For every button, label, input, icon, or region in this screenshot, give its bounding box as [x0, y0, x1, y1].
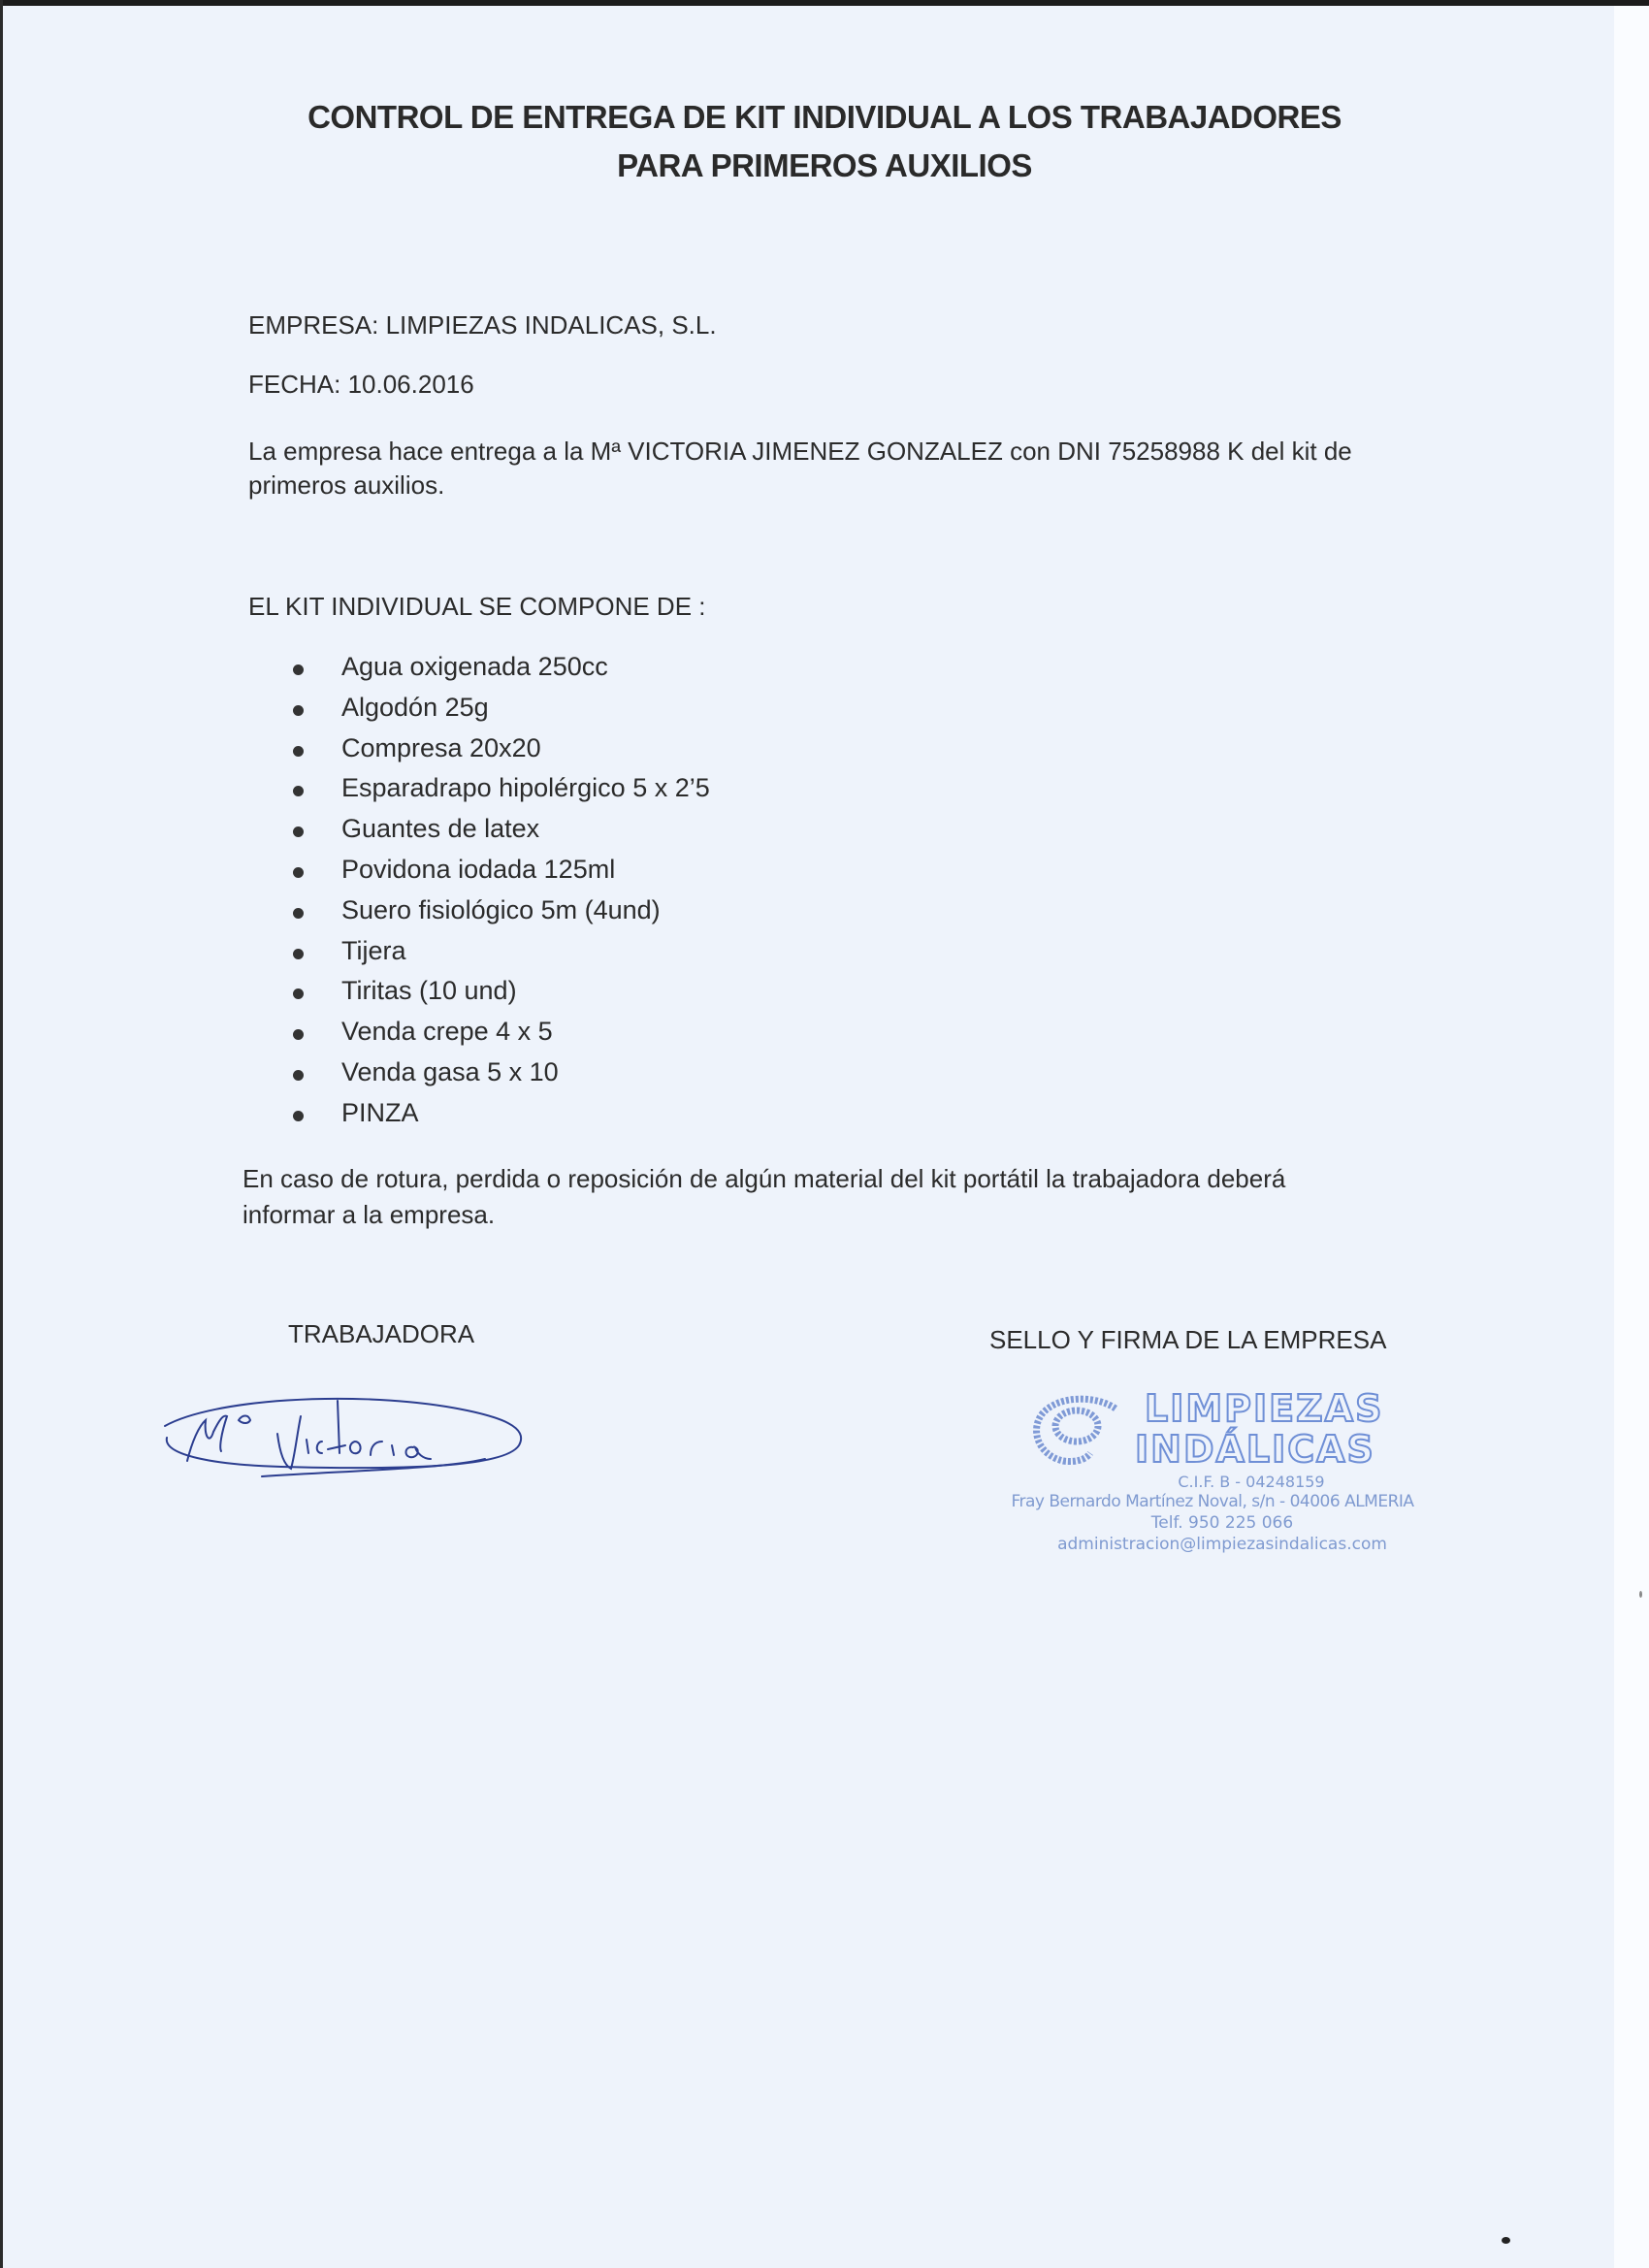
scan-speck — [1639, 1591, 1642, 1598]
stamp-brand-line-2: INDÁLICAS — [1135, 1428, 1375, 1471]
bullet-icon — [293, 867, 304, 878]
stamp-logo-icon — [1028, 1391, 1125, 1469]
intro-paragraph-line-1: La empresa hace entrega a la Mª VICTORIA… — [248, 437, 1352, 467]
date-field: FECHA: 10.06.2016 — [248, 370, 474, 400]
kit-items-list: Agua oxigenada 250ccAlgodón 25gCompresa … — [291, 652, 710, 1139]
stamp-brand-line-1: LIMPIEZAS — [1145, 1387, 1383, 1430]
stamp-cif: C.I.F. B - 04248159 — [1028, 1473, 1474, 1491]
kit-item: Compresa 20x20 — [291, 733, 710, 774]
company-stamp: LIMPIEZAS INDÁLICAS C.I.F. B - 04248159 … — [989, 1387, 1436, 1571]
company-signature-label: SELLO Y FIRMA DE LA EMPRESA — [989, 1325, 1386, 1355]
bullet-icon — [293, 1029, 304, 1040]
bullet-icon — [293, 949, 304, 959]
intro-paragraph-line-2: primeros auxilios. — [248, 470, 444, 501]
company-field: EMPRESA: LIMPIEZAS INDALICAS, S.L. — [248, 310, 717, 340]
kit-item-label: Tiritas (10 und) — [341, 976, 517, 1005]
kit-item-label: Venda gasa 5 x 10 — [341, 1057, 559, 1086]
kit-item: PINZA — [291, 1098, 710, 1139]
bullet-icon — [293, 786, 304, 796]
bullet-icon — [293, 705, 304, 716]
bullet-icon — [293, 746, 304, 757]
bullet-icon — [293, 826, 304, 837]
bullet-icon — [293, 988, 304, 999]
document-title-line-1: CONTROL DE ENTREGA DE KIT INDIVIDUAL A L… — [0, 99, 1649, 136]
kit-item-label: Venda crepe 4 x 5 — [341, 1017, 553, 1046]
kit-item-label: Algodón 25g — [341, 693, 489, 722]
scan-speck — [1502, 2237, 1510, 2244]
kit-item-label: Povidona iodada 125ml — [341, 855, 615, 884]
kit-item: Venda gasa 5 x 10 — [291, 1057, 710, 1098]
stamp-email: administracion@limpiezasindalicas.com — [999, 1535, 1445, 1554]
kit-item: Guantes de latex — [291, 814, 710, 855]
kit-item: Tiritas (10 und) — [291, 976, 710, 1017]
kit-item: Esparadrapo hipolérgico 5 x 2’5 — [291, 773, 710, 814]
kit-item-label: Tijera — [341, 936, 406, 965]
kit-item: Povidona iodada 125ml — [291, 855, 710, 895]
kit-item-label: Agua oxigenada 250cc — [341, 652, 608, 681]
stamp-address: Fray Bernardo Martínez Noval, s/n - 0400… — [989, 1492, 1436, 1511]
kit-item-label: Guantes de latex — [341, 814, 539, 843]
note-paragraph-line-1: En caso de rotura, perdida o reposición … — [242, 1164, 1285, 1194]
stamp-phone: Telf. 950 225 066 — [999, 1513, 1445, 1533]
scan-left-edge — [0, 0, 3, 2268]
bullet-icon — [293, 1111, 304, 1121]
bullet-icon — [293, 1070, 304, 1081]
kit-item-label: Esparadrapo hipolérgico 5 x 2’5 — [341, 773, 710, 802]
note-paragraph-line-2: informar a la empresa. — [242, 1200, 495, 1230]
kit-heading: EL KIT INDIVIDUAL SE COMPONE DE : — [248, 592, 705, 622]
worker-signature-label: TRABAJADORA — [288, 1319, 474, 1349]
kit-item-label: PINZA — [341, 1098, 419, 1127]
kit-item: Algodón 25g — [291, 693, 710, 733]
kit-item: Venda crepe 4 x 5 — [291, 1017, 710, 1057]
kit-item-label: Suero fisiológico 5m (4und) — [341, 895, 661, 924]
worker-signature — [155, 1377, 533, 1484]
bullet-icon — [293, 908, 304, 919]
scan-top-edge — [0, 0, 1649, 6]
bullet-icon — [293, 664, 304, 675]
kit-item: Tijera — [291, 936, 710, 977]
kit-item: Agua oxigenada 250cc — [291, 652, 710, 693]
scan-right-margin — [1614, 6, 1649, 2268]
kit-item: Suero fisiológico 5m (4und) — [291, 895, 710, 936]
kit-item-label: Compresa 20x20 — [341, 733, 541, 762]
document-title-line-2: PARA PRIMEROS AUXILIOS — [0, 147, 1649, 184]
